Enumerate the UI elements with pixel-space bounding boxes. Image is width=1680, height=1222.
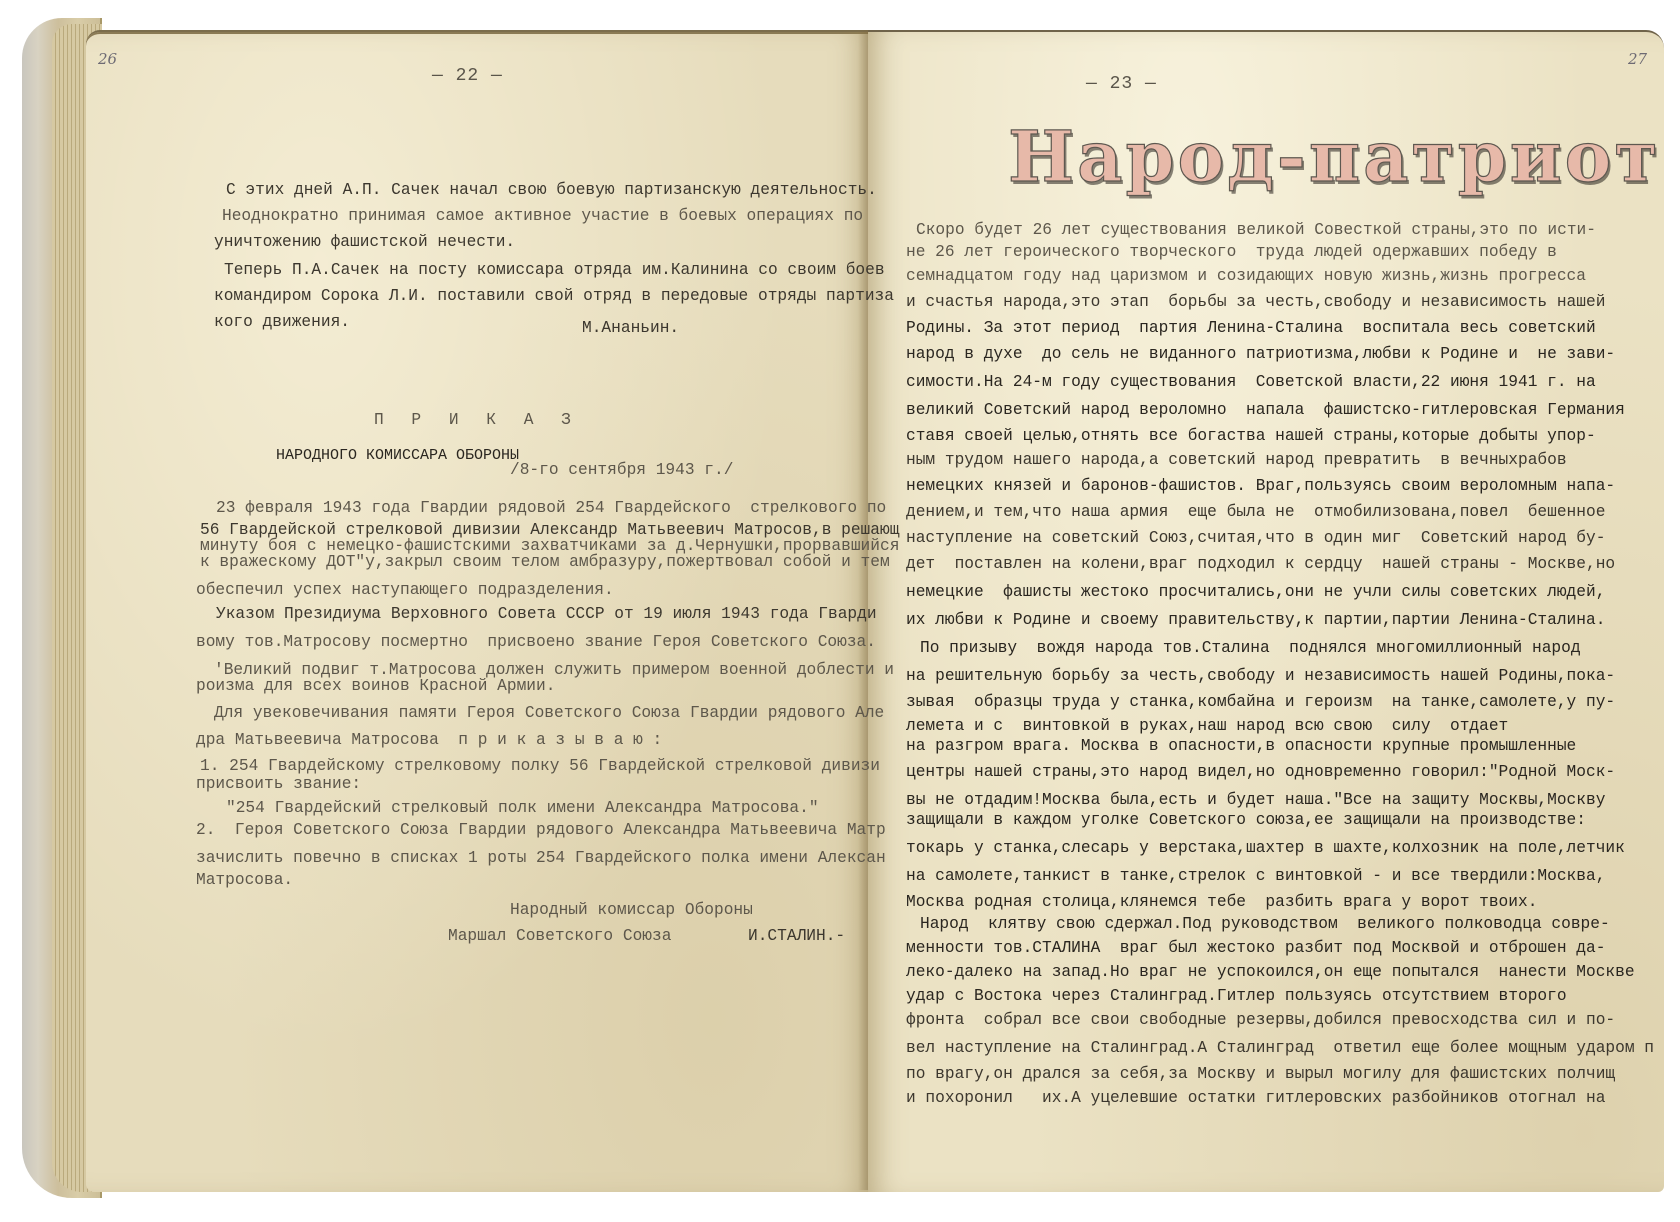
article-line: на решительную борьбу за честь,свободу и… xyxy=(906,668,1615,684)
article-line: вы не отдадим!Москва была,есть и будет н… xyxy=(906,792,1605,808)
article-line: ставя своей целью,отнять все богаства на… xyxy=(906,428,1596,444)
article-line: По призыву вождя народа тов.Сталина подн… xyxy=(920,640,1581,656)
order-line: минуту боя с немецко-фашистскими захватч… xyxy=(200,538,899,554)
intro-line: командиром Сорока Л.И. поставили свой от… xyxy=(214,288,894,304)
intro-signature: М.Ананьин. xyxy=(582,320,679,336)
intro-line: уничтожению фашистской нечести. xyxy=(214,234,515,250)
order-line: "254 Гвардейский стрелковый полк имени А… xyxy=(226,800,819,816)
order-line: Для увековечивания памяти Героя Советско… xyxy=(214,705,884,721)
article-line: Москва родная столица,клянемся тебе разб… xyxy=(906,894,1537,910)
order-line: Матросова. xyxy=(196,872,293,888)
order-line: 56 Гвардейской стрелковой дивизии Алекса… xyxy=(200,522,899,538)
order-line: дра Матьвеевича Матросова п р и к а з ы … xyxy=(196,732,662,748)
article-line: симости.На 24-м году существования Совет… xyxy=(906,374,1596,390)
order-line: 2. Героя Советского Союза Гвардии рядово… xyxy=(196,822,886,838)
article-line: на разгром врага. Москва в опасности,в о… xyxy=(906,738,1576,754)
article-line: великий Советский народ вероломно напала… xyxy=(906,402,1625,418)
article-line: семнадцатом году над царизмом и созидающ… xyxy=(906,268,1586,284)
article-line: немецких князей и баронов-фашистов. Враг… xyxy=(906,478,1615,494)
intro-line: С этих дней А.П. Сачек начал свою боевую… xyxy=(226,182,877,198)
article-title: Народ-патриот xyxy=(1008,120,1648,194)
article-line: их любви к Родине и своему правительству… xyxy=(906,612,1605,628)
right-page-number: — 23 — xyxy=(1086,74,1157,94)
article-line: менности тов.СТАЛИНА враг был жестоко ра… xyxy=(906,940,1605,956)
article-line: не 26 лет героического творческого труда… xyxy=(906,244,1557,260)
order-subtitle: НАРОДНОГО КОМИССАРА ОБОРОНЫ xyxy=(276,448,519,463)
intro-line: Неоднократно принимая самое активное уча… xyxy=(222,208,863,224)
article-line: и счастья народа,это этап борьбы за чест… xyxy=(906,294,1605,310)
order-line: 1. 254 Гвардейскому стрелковому полку 56… xyxy=(200,758,880,774)
article-line: лемета и с винтовкой в руках,наш народ в… xyxy=(906,718,1508,734)
article-line: леко-далеко на запад.Но враг не успокоил… xyxy=(906,964,1635,980)
intro-line: Теперь П.А.Сачек на посту комиссара отря… xyxy=(224,262,885,278)
article-line: дением,и тем,что наша армия еще была не … xyxy=(906,504,1605,520)
book-spread: 26 — 22 — С этих дней А.П. Сачек начал с… xyxy=(0,0,1680,1222)
order-line: вому тов.Матросову посмертно присвоено з… xyxy=(196,634,876,650)
left-page-number: — 22 — xyxy=(432,66,503,86)
order-line: к вражескому ДОТ"у,закрыл своим телом ам… xyxy=(200,554,890,570)
signature-title-line-1: Народный комиссар Обороны xyxy=(510,902,753,918)
order-line: 23 февраля 1943 года Гвардии рядовой 254… xyxy=(216,500,886,516)
order-line: зачислить повечно в списках 1 роты 254 Г… xyxy=(196,850,886,866)
article-line: удар с Востока через Сталинград.Гитлер п… xyxy=(906,988,1567,1004)
article-line: фронта собрал все свои свободные резервы… xyxy=(906,1012,1615,1028)
order-line: роизма для всех воинов Красной Армии. xyxy=(196,678,555,694)
signature-name: И.СТАЛИН.- xyxy=(748,928,845,944)
article-line: и похоронил их.А уцелевшие остатки гитле… xyxy=(906,1090,1605,1106)
right-folio-number: 27 xyxy=(1628,50,1647,68)
article-line: Скоро будет 26 лет существования великой… xyxy=(916,222,1596,238)
article-line: вел наступление на Сталинград.А Сталингр… xyxy=(906,1040,1654,1056)
article-line: зывая образцы труда у станка,комбайна и … xyxy=(906,694,1615,710)
article-line: наступление на советский Союз,считая,что… xyxy=(906,530,1605,546)
order-line: 'Великий подвиг т.Матросова должен служи… xyxy=(214,662,894,678)
article-line: немецкие фашисты жестоко просчитались,он… xyxy=(906,584,1605,600)
article-line: токарь у станка,слесарь у верстака,шахте… xyxy=(906,840,1625,856)
article-line: дет поставлен на колени,враг подходил к … xyxy=(906,556,1615,572)
article-line: защищали в каждом уголке Советского союз… xyxy=(906,812,1586,828)
article-line: ным трудом нашего народа,а советский нар… xyxy=(906,452,1567,468)
order-line: присвоить звание: xyxy=(196,776,361,792)
article-line: по врагу,он дрался за себя,за Москву и в… xyxy=(906,1066,1615,1082)
intro-line: кого движения. xyxy=(214,314,350,330)
signature-title-line-2: Маршал Советского Союза xyxy=(448,928,671,944)
article-line: Родины. За этот период партия Ленина-Ста… xyxy=(906,320,1596,336)
order-date: /8-го сентября 1943 г./ xyxy=(510,462,733,478)
article-line: Народ клятву свою сдержал.Под руководств… xyxy=(920,916,1610,932)
order-line: обеспечил успех наступающего подразделен… xyxy=(196,582,614,598)
order-line: Указом Президиума Верховного Совета СССР… xyxy=(216,606,877,622)
left-folio-number: 26 xyxy=(98,50,117,68)
article-line: центры нашей страны,это народ видел,но о… xyxy=(906,764,1615,780)
order-title: П Р И К А З xyxy=(374,412,580,428)
article-line: народ в духе до сель не виданного патрио… xyxy=(906,346,1615,362)
article-line: на самолете,танкист в танке,стрелок с ви… xyxy=(906,868,1605,884)
